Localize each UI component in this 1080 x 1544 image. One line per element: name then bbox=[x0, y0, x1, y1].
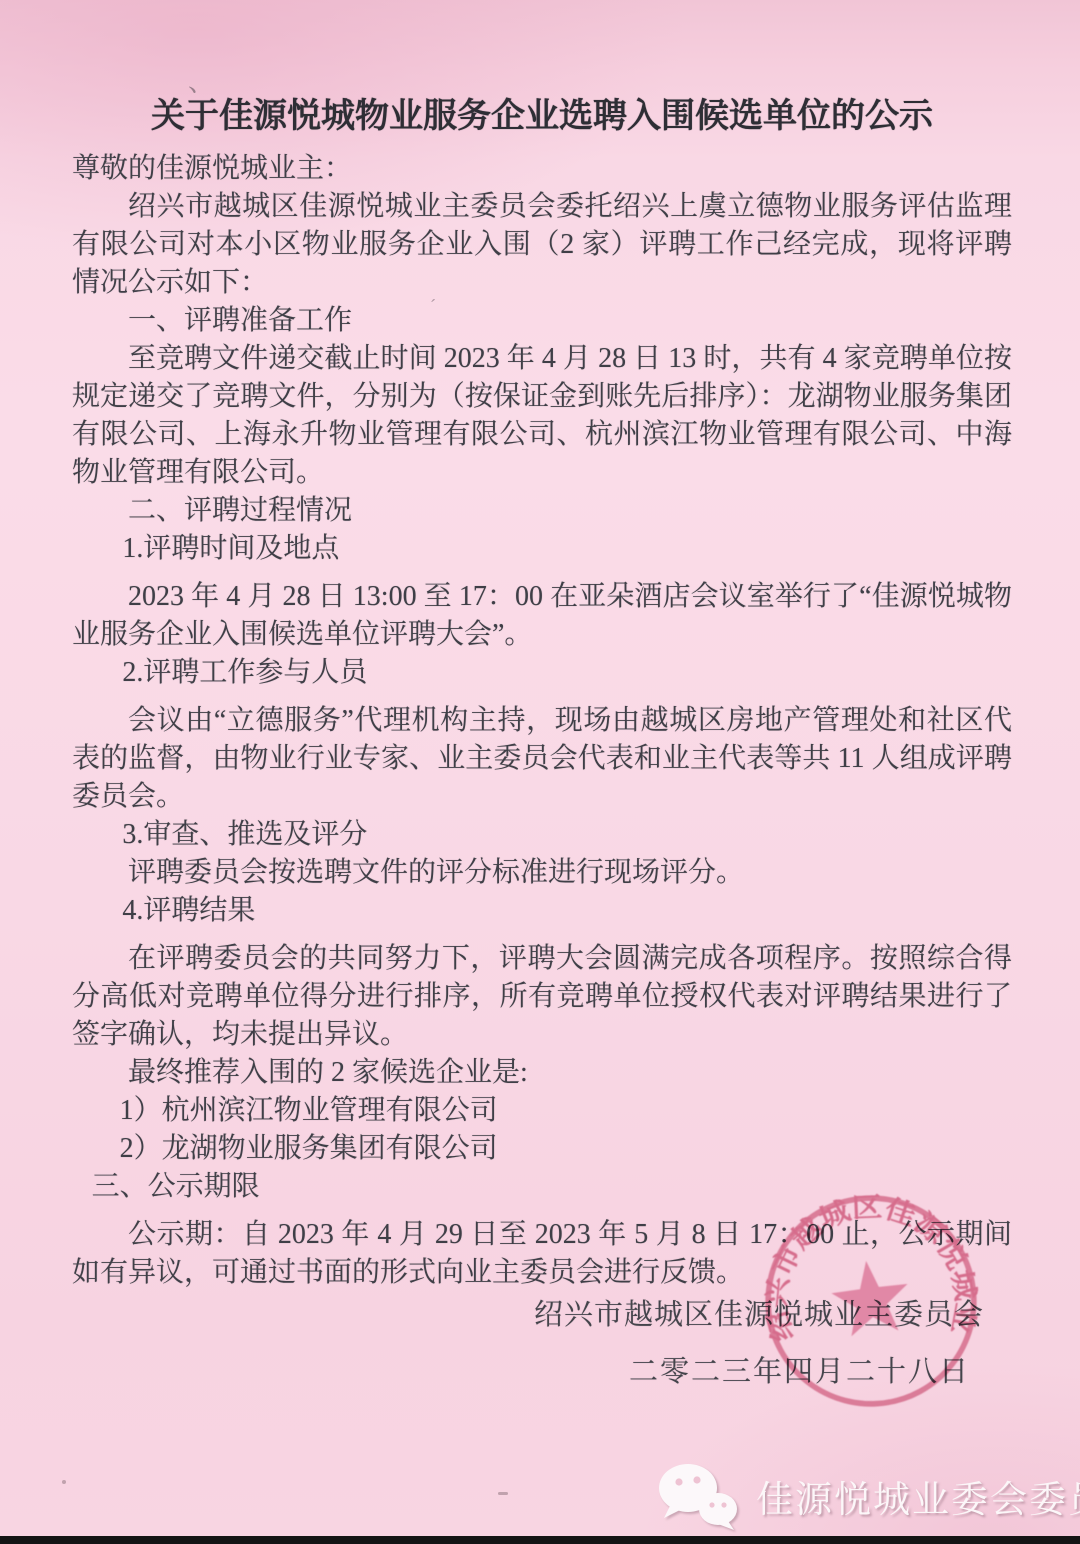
scan-speck bbox=[62, 1480, 66, 1484]
watermark: 佳源悦城业委会委员 bbox=[652, 1460, 1080, 1532]
section2-heading: 二、评聘过程情况 bbox=[72, 492, 1012, 530]
scan-speck bbox=[498, 1492, 508, 1495]
notice-body: 关于佳源悦城物业服务企业选聘入围候选单位的公示 尊敬的佳源悦城业主： 绍兴市越城… bbox=[72, 94, 1012, 1292]
item4-heading: 4.评聘结果 bbox=[72, 892, 1012, 930]
item1-heading: 1.评聘时间及地点 bbox=[72, 530, 1012, 568]
item1-body: 2023 年 4 月 28 日 13:00 至 17：00 在亚朵酒店会议室举行… bbox=[72, 578, 1012, 654]
finalist-item-2: 2）龙湖物业服务集团有限公司 bbox=[72, 1130, 1012, 1168]
item3-body: 评聘委员会按选聘文件的评分标准进行现场评分。 bbox=[72, 854, 1012, 892]
scanned-notice-page: 、 ˊ 关于佳源悦城物业服务企业选聘入围候选单位的公示 尊敬的佳源悦城业主： 绍… bbox=[0, 0, 1080, 1544]
scan-edge-bar bbox=[0, 1536, 1080, 1544]
section1-body: 至竞聘文件递交截止时间 2023 年 4 月 28 日 13 时，共有 4 家竞… bbox=[72, 340, 1012, 492]
official-seal: 绍兴市越城区佳源悦城业主委员会 bbox=[736, 1166, 1006, 1436]
item2-heading: 2.评聘工作参与人员 bbox=[72, 654, 1012, 692]
svg-text:绍兴市越城区佳源悦城业主委员会: 绍兴市越城区佳源悦城业主委员会 bbox=[736, 1166, 985, 1365]
item3-heading: 3.审查、推选及评分 bbox=[72, 816, 1012, 854]
finalists-intro: 最终推荐入围的 2 家候选企业是: bbox=[72, 1054, 1012, 1092]
section1-heading: 一、评聘准备工作 bbox=[72, 302, 1012, 340]
watermark-text: 佳源悦城业委会委员 bbox=[756, 1469, 1080, 1523]
star-icon bbox=[828, 1256, 913, 1338]
notice-title: 关于佳源悦城物业服务企业选聘入围候选单位的公示 bbox=[72, 94, 1012, 140]
item4-body: 在评聘委员会的共同努力下，评聘大会圆满完成各项程序。按照综合得分高低对竞聘单位得… bbox=[72, 940, 1012, 1054]
item2-body: 会议由“立德服务”代理机构主持，现场由越城区房地产管理处和社区代表的监督，由物业… bbox=[72, 702, 1012, 816]
wechat-icon bbox=[652, 1460, 744, 1532]
intro-paragraph: 绍兴市越城区佳源悦城业主委员会委托绍兴上虞立德物业服务评估监理有限公司对本小区物… bbox=[72, 188, 1012, 302]
seal-arc-text: 绍兴市越城区佳源悦城业主委员会 bbox=[736, 1166, 985, 1365]
finalist-item-1: 1）杭州滨江物业管理有限公司 bbox=[72, 1092, 1012, 1130]
greeting-line: 尊敬的佳源悦城业主： bbox=[72, 150, 1012, 188]
